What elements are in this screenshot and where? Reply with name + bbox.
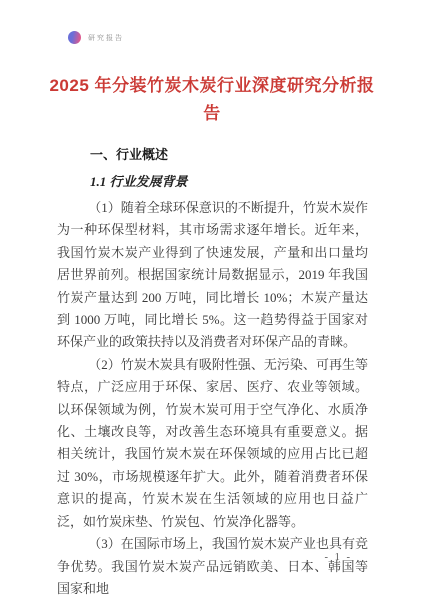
report-brand: 研究报告 xyxy=(68,31,124,44)
paragraph-2: （2）竹炭木炭具有吸附性强、无污染、可再生等特点，广泛应用于环保、家居、医疗、农… xyxy=(57,354,368,533)
report-title: 2025 年分装竹炭木炭行业深度研究分析报告 xyxy=(47,72,377,128)
paragraph-3: （3）在国际市场上，我国竹炭木炭产业也具有竞争优势。我国竹炭木炭产品远销欧美、日… xyxy=(57,533,368,600)
logo-icon xyxy=(68,31,81,44)
paragraph-group: （1）随着全球环保意识的不断提升，竹炭木炭作为一种环保型材料，其市场需求逐年增长… xyxy=(57,197,368,600)
logo-label: 研究报告 xyxy=(88,33,124,43)
paragraph-1: （1）随着全球环保意识的不断提升，竹炭木炭作为一种环保型材料，其市场需求逐年增长… xyxy=(57,197,368,354)
section-heading: 一、行业概述 xyxy=(90,144,368,163)
subsection-heading: 1.1 行业发展背景 xyxy=(90,171,368,190)
document-page: 研究报告 2025 年分装竹炭木炭行业深度研究分析报告 一、行业概述 1.1 行… xyxy=(0,0,424,600)
page-number: - 1 - xyxy=(325,552,353,563)
document-body: 一、行业概述 1.1 行业发展背景 （1）随着全球环保意识的不断提升，竹炭木炭作… xyxy=(57,144,368,600)
